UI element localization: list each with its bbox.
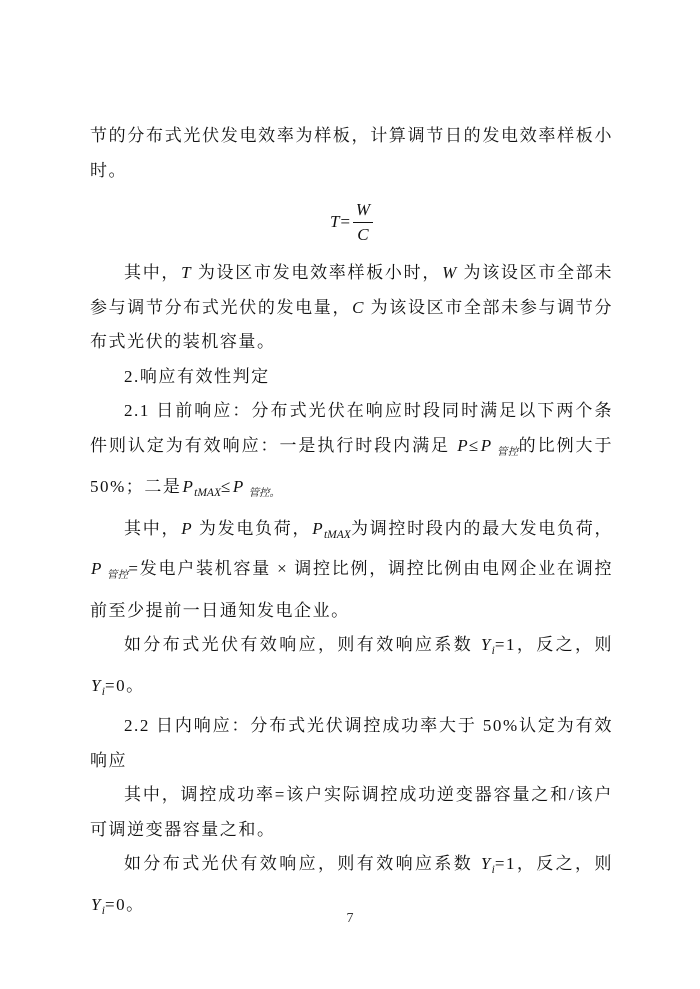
variable-segment: Y (480, 854, 492, 873)
paragraph: 其中，调控成功率=该户实际调控成功逆变器容量之和/该户可调逆变器容量之和。 (90, 778, 613, 847)
variable-segment: C (351, 298, 365, 317)
text-segment: ≤ (221, 477, 232, 496)
subscript-segment: 管控。 (249, 488, 281, 499)
subscript-segment: 管控 (496, 447, 518, 458)
variable-segment: P (480, 436, 493, 455)
subscript-segment: tMAX (324, 529, 351, 541)
paragraph: 节的分布式光伏发电效率为样板，计算调节日的发电效率样板小时。 (90, 119, 613, 188)
variable-segment: Y (480, 635, 492, 654)
variable-segment: P (232, 477, 245, 496)
text-segment: =1，反之，则 (495, 854, 613, 873)
paragraph: 2.响应有效性判定 (90, 360, 613, 395)
text-segment: 节的分布式光伏发电效率为样板，计算调节日的发电效率样板小时。 (90, 126, 613, 180)
text-segment: =0。 (105, 676, 145, 695)
paragraph: 如分布式光伏有效响应，则有效响应系数 Yi=1，反之，则 Yi=0。 (90, 628, 613, 709)
paragraph: 其中，T 为设区市发电效率样板小时，W 为该设区市全部未参与调节分布式光伏的发电… (90, 256, 613, 360)
paragraph: 其中，P 为发电负荷，PtMAX为调控时段内的最大发电负荷，P管控=发电户装机容… (90, 512, 613, 629)
text-segment: 如分布式光伏有效响应，则有效响应系数 (124, 854, 480, 873)
variable-segment: P (90, 559, 103, 578)
text-segment: 2.响应有效性判定 (124, 367, 270, 386)
variable-segment: P (181, 477, 194, 496)
text-segment: 2.2 日内响应：分布式光伏调控成功率大于 50%认定为有效响应 (90, 716, 613, 770)
text-segment: =发电户装机容量 × 调控比例，调控比例由电网企业在调控前至少提前一日通知发电企… (90, 559, 613, 620)
variable-segment: P (311, 519, 324, 538)
text-segment: 为发电负荷， (193, 519, 311, 538)
formula-fraction: WC (353, 199, 373, 246)
formula-lhs: T= (330, 205, 351, 240)
text-segment: 其中， (124, 263, 180, 282)
subscript-segment: tMAX (194, 487, 221, 499)
formula-block: T=WC (90, 188, 613, 256)
text-segment: ≤ (469, 436, 480, 455)
text-segment: 为设区市发电效率样板小时， (192, 263, 441, 282)
variable-segment: T (180, 263, 192, 282)
text-segment: =1，反之，则 (495, 635, 613, 654)
paragraph: 2.1 日前响应：分布式光伏在响应时段同时满足以下两个条件则认定为有效响应：一是… (90, 394, 613, 512)
formula-numerator: W (353, 199, 373, 223)
formula-denominator: C (357, 223, 368, 246)
page-number: 7 (0, 911, 700, 927)
variable-segment: P (456, 436, 469, 455)
text-segment: 如分布式光伏有效响应，则有效响应系数 (124, 635, 480, 654)
text-segment: 其中，调控成功率=该户实际调控成功逆变器容量之和/该户可调逆变器容量之和。 (90, 785, 613, 839)
paragraph: 2.2 日内响应：分布式光伏调控成功率大于 50%认定为有效响应 (90, 709, 613, 778)
text-segment: 其中， (124, 519, 180, 538)
variable-segment: W (441, 263, 457, 282)
variable-segment: Y (90, 676, 102, 695)
variable-segment: P (180, 519, 193, 538)
text-segment: 为调控时段内的最大发电负荷， (351, 519, 613, 538)
document-page: 节的分布式光伏发电效率为样板，计算调节日的发电效率样板小时。T=WC其中，T 为… (0, 0, 700, 989)
document-body: 节的分布式光伏发电效率为样板，计算调节日的发电效率样板小时。T=WC其中，T 为… (90, 119, 613, 928)
subscript-segment: 管控 (107, 570, 129, 581)
